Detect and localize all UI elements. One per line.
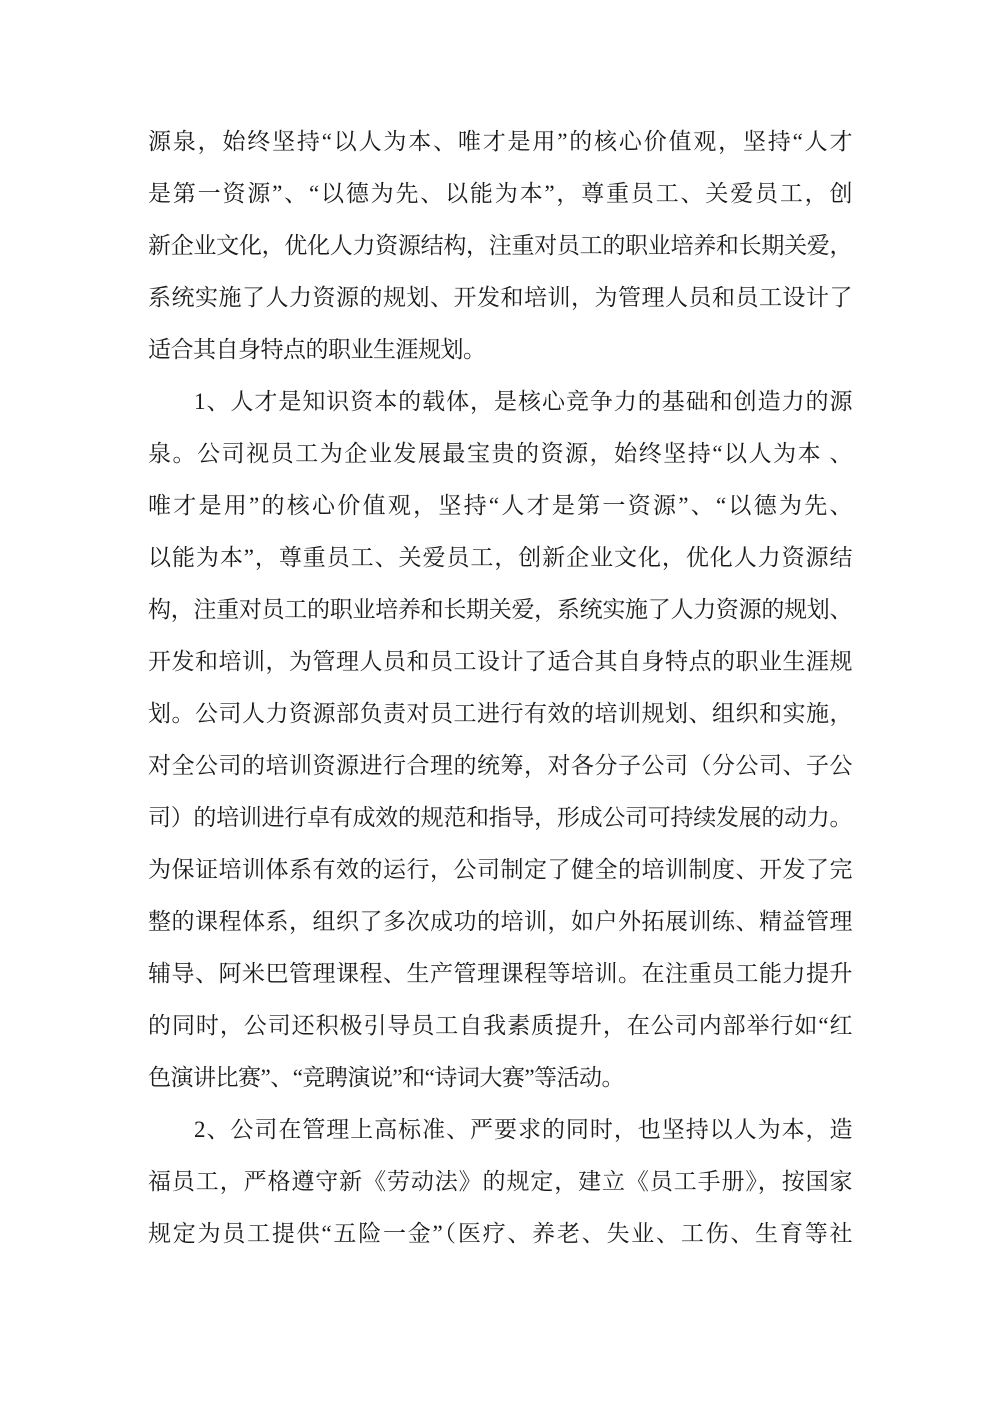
text-line: 2、公司在管理上高标准、严要求的同时，也坚持以人为本，造: [148, 1104, 852, 1156]
text-line: 整的课程体系，组织了多次成功的培训，如户外拓展训练、精益管理: [148, 896, 852, 948]
text-line: 新企业文化，优化人力资源结构，注重对员工的职业培养和长期关爱，: [148, 220, 852, 272]
text-line: 划。公司人力资源部负责对员工进行有效的培训规划、组织和实施，: [148, 688, 852, 740]
paragraph-continuation: 源泉，始终坚持“以人为本、唯才是用”的核心价值观，坚持“人才 是第一资源”、“以…: [148, 116, 852, 376]
text-line: 色演讲比赛”、“竞聘演说”和“诗词大赛”等活动。: [148, 1052, 852, 1104]
paragraph-point-1: 1、人才是知识资本的载体，是核心竞争力的基础和创造力的源 泉。公司视员工为企业发…: [148, 376, 852, 1104]
text-line: 系统实施了人力资源的规划、开发和培训，为管理人员和员工设计了: [148, 272, 852, 324]
text-line: 唯才是用”的核心价值观，坚持“人才是第一资源”、“以德为先、: [148, 480, 852, 532]
document-page: 源泉，始终坚持“以人为本、唯才是用”的核心价值观，坚持“人才 是第一资源”、“以…: [148, 116, 852, 1260]
text-line: 福员工，严格遵守新《劳动法》的规定，建立《员工手册》，按国家: [148, 1156, 852, 1208]
text-line: 为保证培训体系有效的运行，公司制定了健全的培训制度、开发了完: [148, 844, 852, 896]
text-line: 1、人才是知识资本的载体，是核心竞争力的基础和创造力的源: [148, 376, 852, 428]
text-line: 是第一资源”、“以德为先、以能为本”，尊重员工、关爱员工，创: [148, 168, 852, 220]
text-line: 源泉，始终坚持“以人为本、唯才是用”的核心价值观，坚持“人才: [148, 116, 852, 168]
text-line: 以能为本”，尊重员工、关爱员工，创新企业文化，优化人力资源结: [148, 532, 852, 584]
text-line: 适合其自身特点的职业生涯规划。: [148, 324, 852, 376]
text-line: 开发和培训，为管理人员和员工设计了适合其自身特点的职业生涯规: [148, 636, 852, 688]
text-line: 的同时，公司还积极引导员工自我素质提升，在公司内部举行如“红: [148, 1000, 852, 1052]
text-line: 泉。公司视员工为企业发展最宝贵的资源，始终坚持“以人为本 、: [148, 428, 852, 480]
text-line: 对全公司的培训资源进行合理的统筹，对各分子公司（分公司、子公: [148, 740, 852, 792]
paragraph-point-2: 2、公司在管理上高标准、严要求的同时，也坚持以人为本，造 福员工，严格遵守新《劳…: [148, 1104, 852, 1260]
text-line: 构，注重对员工的职业培养和长期关爱，系统实施了人力资源的规划、: [148, 584, 852, 636]
text-line: 辅导、阿米巴管理课程、生产管理课程等培训。在注重员工能力提升: [148, 948, 852, 1000]
text-line: 司）的培训进行卓有成效的规范和指导，形成公司可持续发展的动力。: [148, 792, 852, 844]
text-line: 规定为员工提供“五险一金”（医疗、养老、失业、工伤、生育等社: [148, 1208, 852, 1260]
